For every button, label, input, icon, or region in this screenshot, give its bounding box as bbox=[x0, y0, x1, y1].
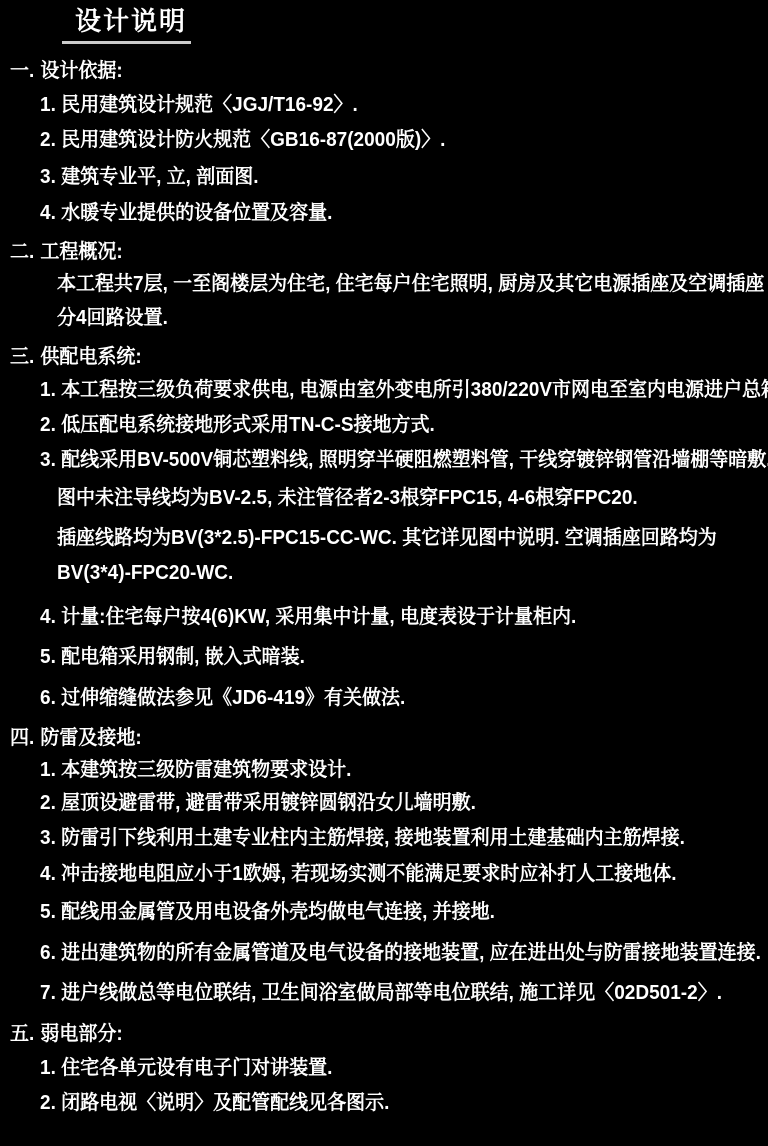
section-number: 五. bbox=[10, 1021, 40, 1047]
document-title-underline: 设计说明 bbox=[62, 6, 191, 44]
section-number: 一. bbox=[10, 58, 40, 84]
section-label: 弱电部分: bbox=[40, 1023, 122, 1045]
note-line: 6. 进出建筑物的所有金属管道及电气设备的接地装置, 应在进出处与防雷接地装置连… bbox=[40, 940, 761, 966]
section-heading-3: 三.供配电系统: bbox=[10, 344, 142, 370]
note-line: 1. 本工程按三级负荷要求供电, 电源由室外变电所引380/220V市网电至室内… bbox=[40, 377, 768, 403]
note-line: 4. 计量:住宅每户按4(6)KW, 采用集中计量, 电度表设于计量柜内. bbox=[40, 604, 576, 630]
note-line: 4. 冲击接地电阻应小于1欧姆, 若现场实测不能满足要求时应补打人工接地体. bbox=[40, 861, 677, 887]
section-number: 四. bbox=[10, 725, 40, 751]
note-line: 2. 民用建筑设计防火规范〈GB16-87(2000版)〉. bbox=[40, 127, 445, 153]
section-number: 三. bbox=[10, 344, 40, 370]
note-line: 5. 配电箱采用钢制, 嵌入式暗装. bbox=[40, 644, 305, 670]
note-line: 3. 配线采用BV-500V铜芯塑料线, 照明穿半硬阻燃塑料管, 干线穿镀锌钢管… bbox=[40, 447, 768, 473]
section-label: 供配电系统: bbox=[40, 346, 141, 368]
note-line: 3. 防雷引下线利用土建专业柱内主筋焊接, 接地装置利用土建基础内主筋焊接. bbox=[40, 825, 685, 851]
note-line: 1. 住宅各单元设有电子门对讲装置. bbox=[40, 1055, 332, 1081]
note-line: 本工程共7层, 一至阁楼层为住宅, 住宅每户住宅照明, 厨房及其它电源插座及空调… bbox=[57, 271, 764, 297]
note-line: 2. 屋顶设避雷带, 避雷带采用镀锌圆钢沿女儿墙明敷. bbox=[40, 790, 476, 816]
note-line: 7. 进户线做总等电位联结, 卫生间浴室做局部等电位联结, 施工详见〈02D50… bbox=[40, 980, 722, 1006]
section-heading-4: 四.防雷及接地: bbox=[10, 725, 142, 751]
note-line: 图中未注导线均为BV-2.5, 未注管径者2-3根穿FPC15, 4-6根穿FP… bbox=[57, 485, 638, 511]
document-title: 设计说明 bbox=[75, 6, 187, 36]
design-notes-sheet: 设计说明 一.设计依据: 1. 民用建筑设计规范〈JGJ/T16-92〉. 2.… bbox=[0, 0, 768, 1146]
note-line: 1. 民用建筑设计规范〈JGJ/T16-92〉. bbox=[40, 92, 358, 118]
section-heading-2: 二.工程概况: bbox=[10, 239, 123, 265]
note-line: 3. 建筑专业平, 立, 剖面图. bbox=[40, 164, 259, 190]
note-line: 4. 水暖专业提供的设备位置及容量. bbox=[40, 200, 332, 226]
section-label: 防雷及接地: bbox=[40, 727, 141, 749]
note-line: 插座线路均为BV(3*2.5)-FPC15-CC-WC. 其它详见图中说明. 空… bbox=[57, 525, 717, 551]
note-line: 5. 配线用金属管及用电设备外壳均做电气连接, 并接地. bbox=[40, 899, 495, 925]
section-heading-1: 一.设计依据: bbox=[10, 58, 123, 84]
section-label: 工程概况: bbox=[40, 241, 122, 263]
note-line: 2. 闭路电视〈说明〉及配管配线见各图示. bbox=[40, 1090, 389, 1116]
note-line: 2. 低压配电系统接地形式采用TN-C-S接地方式. bbox=[40, 412, 435, 438]
section-label: 设计依据: bbox=[40, 60, 122, 82]
note-line: 1. 本建筑按三级防雷建筑物要求设计. bbox=[40, 757, 351, 783]
note-line: BV(3*4)-FPC20-WC. bbox=[57, 560, 233, 586]
section-heading-5: 五.弱电部分: bbox=[10, 1021, 123, 1047]
note-line: 分4回路设置. bbox=[57, 305, 168, 331]
section-number: 二. bbox=[10, 239, 40, 265]
note-line: 6. 过伸缩缝做法参见《JD6-419》有关做法. bbox=[40, 685, 405, 711]
